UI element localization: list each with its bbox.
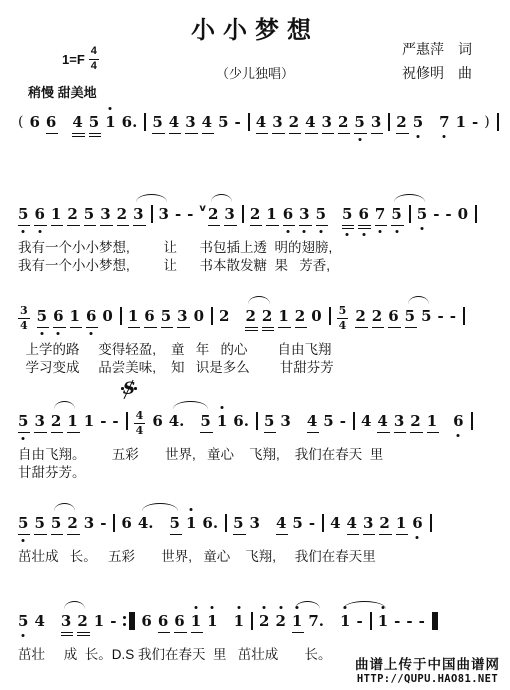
note: 2 [51, 411, 61, 431]
note: 5 [18, 411, 28, 431]
note: 5 [218, 112, 228, 132]
barline [126, 412, 128, 430]
note: 3 [185, 112, 195, 132]
note: 4 [276, 513, 286, 533]
time-denominator: 4 [136, 424, 144, 437]
note: 3 [224, 204, 234, 224]
footer-site-name: 曲谱上传于中国曲谱网 [355, 653, 500, 673]
note: 6 [29, 112, 39, 132]
duration-dash: - [100, 513, 106, 533]
note: 2 [259, 611, 269, 631]
octave-dot-below [22, 539, 25, 542]
note: 1 [456, 112, 466, 132]
slur-arc [142, 503, 178, 511]
note: 4 [34, 611, 44, 631]
repeat-dots [123, 616, 126, 626]
barline [151, 205, 153, 223]
note: 4 [347, 513, 357, 533]
note: 1 [70, 306, 80, 326]
lyrics-line: 上学的路 变得轻盈, 童 年 的心 自由飞翔 [18, 341, 506, 359]
note: 4. [138, 513, 154, 533]
note: 5 [354, 112, 364, 132]
note: 3 [84, 513, 94, 533]
note: 2 [410, 411, 420, 431]
time-numerator: 3 [18, 305, 30, 319]
note: 6 [453, 411, 463, 431]
note: 1 [292, 611, 302, 631]
octave-dot-below [457, 434, 460, 437]
octave-dot-above [263, 606, 266, 609]
notes-row: 55523-64.516.5345-443216 [18, 513, 506, 537]
time-denominator: 4 [20, 319, 28, 332]
note: 2 [295, 306, 305, 326]
note: 5 [84, 204, 94, 224]
note: 7. [308, 611, 324, 631]
note: 1 [427, 411, 437, 431]
octave-dot-below [362, 233, 365, 236]
octave-dot-above [194, 606, 197, 609]
note: 5 [323, 411, 333, 431]
score-line: 3456160165302221205422655-- 上学的路 变得轻盈, 童… [18, 306, 506, 376]
time-signature: 34 [18, 305, 30, 331]
barline [242, 205, 244, 223]
barline [370, 612, 372, 630]
octave-dot-above [279, 606, 282, 609]
note: 5 [233, 513, 243, 533]
final-barline [432, 612, 438, 630]
note: 5 [18, 513, 28, 533]
note: 5 [342, 204, 352, 224]
note: 3 [394, 411, 404, 431]
note: 1 [51, 204, 61, 224]
barline [256, 412, 258, 430]
time-numerator: 5 [337, 305, 349, 319]
parenthesis: ) [484, 112, 489, 132]
note: 1 [234, 611, 244, 631]
octave-dot-below [319, 230, 322, 233]
octave-dot-below [38, 230, 41, 233]
note: 5 [413, 112, 423, 132]
time-numerator: 4 [134, 410, 146, 424]
duration-dash: - [438, 306, 444, 326]
note: 6 [34, 204, 44, 224]
barline [497, 113, 499, 131]
segno-dot [134, 387, 137, 390]
footer-url: HTTP://QUPU.HAO81.NET [355, 673, 500, 685]
segno-dot [121, 387, 124, 390]
duration-dash: - [340, 411, 346, 431]
duration-dash: - [419, 611, 425, 631]
barline [463, 307, 465, 325]
note: 3 [322, 112, 332, 132]
note: 1 [67, 411, 77, 431]
note: 1 [128, 306, 138, 326]
note: 6 [86, 306, 96, 326]
octave-dot-below [22, 230, 25, 233]
octave-dot-below [358, 138, 361, 141]
octave-dot-below [395, 230, 398, 233]
octave-dot-above [221, 406, 224, 409]
note: 5 [89, 112, 99, 132]
octave-dot-below [416, 536, 419, 539]
thick-bar [129, 612, 135, 630]
note: 6 [358, 204, 368, 224]
note: 3 [133, 204, 143, 224]
octave-dot-below [420, 227, 423, 230]
note: 6 [283, 204, 293, 224]
note: 2 [262, 306, 272, 326]
note: 5 [316, 204, 326, 224]
duration-dash: - [356, 611, 362, 631]
score-line: 55523-64.516.5345-443216茁壮成 长。 五彩 世界, 童心… [18, 513, 506, 566]
octave-dot-below [416, 135, 419, 138]
note: 4 [377, 411, 387, 431]
octave-dot-below [443, 135, 446, 138]
barline [353, 412, 355, 430]
note: 2 [275, 611, 285, 631]
sheet-music-page: 小小梦想 1=F 4 4 （少儿独唱） 严惠萍 词 祝修明 曲 稍慢 甜美地 (… [0, 0, 510, 690]
lyrics-line: 学习变成 品尝美味, 知 识是多么 甘甜芬芳 [18, 359, 506, 377]
note: 6 [388, 306, 398, 326]
note: 7 [439, 112, 449, 132]
note: 2 [396, 112, 406, 132]
note: 1 [217, 411, 227, 431]
slur-arc [54, 401, 75, 409]
note: 2 [117, 204, 127, 224]
note: 4 [307, 411, 317, 431]
note: 1 [278, 306, 288, 326]
lyrics-line: 茁壮成 长。 五彩 世界, 童心 飞翔, 我们在春天里 [18, 548, 506, 566]
lyrics-line: 甘甜芬芳。 [18, 464, 506, 482]
note: 2 [67, 204, 77, 224]
octave-dot-above [211, 606, 214, 609]
barline [248, 113, 250, 131]
note: 3 [272, 112, 282, 132]
note: 6 [412, 513, 422, 533]
note: 5 [161, 306, 171, 326]
note: 0 [194, 306, 204, 326]
octave-dot-below [346, 233, 349, 236]
lyrics-line: 我有一个小小梦想, 让 书包插上透 明的翅膀, [18, 239, 506, 257]
octave-dot-above [237, 606, 240, 609]
note: 3 [34, 411, 44, 431]
slur-arc [173, 401, 208, 409]
note: 4. [169, 411, 185, 431]
lyrics-line: 我有一个小小梦想, 让 书本散发糖 果 芳香, [18, 257, 506, 275]
note: 6 [121, 513, 131, 533]
duration-dash: - [406, 611, 412, 631]
note: 3 [61, 611, 71, 631]
note: 5 [152, 112, 162, 132]
note: 5 [200, 411, 210, 431]
note: 0 [102, 306, 112, 326]
note: 6 [174, 611, 184, 631]
slur-arc [248, 296, 270, 304]
octave-dot-below [303, 230, 306, 233]
octave-dot-below [40, 332, 43, 335]
note: 5 [292, 513, 302, 533]
duration-dash: - [235, 112, 241, 132]
repeat-barline [123, 612, 135, 630]
note: 0 [458, 204, 468, 224]
octave-dot-above [109, 107, 112, 110]
note: 3 [363, 513, 373, 533]
barline [475, 205, 477, 223]
note: 1 [94, 611, 104, 631]
note: 4 [330, 513, 340, 533]
slur-arc [136, 194, 167, 202]
note: 5 [18, 204, 28, 224]
octave-dot-below [286, 230, 289, 233]
barline [144, 113, 146, 131]
slur-arc [211, 194, 232, 202]
note: 1 [266, 204, 276, 224]
note: 2 [245, 306, 255, 326]
score: (664516.54345-432432532571-)561253233--v… [0, 0, 510, 690]
note: 2 [219, 306, 229, 326]
slur-arc [408, 296, 429, 304]
barline [322, 514, 324, 532]
duration-dash: - [433, 204, 439, 224]
parenthesis: ( [18, 112, 23, 132]
slur-arc [64, 601, 85, 609]
octave-dot-below [57, 332, 60, 335]
note: 2 [289, 112, 299, 132]
notes-row: 3456160165302221205422655-- [18, 306, 506, 330]
note: 1 [340, 611, 350, 631]
duration-dash: - [472, 112, 478, 132]
barline [251, 612, 253, 630]
note: 1 [84, 411, 94, 431]
note: 5 [18, 611, 28, 631]
repeat-dot [123, 623, 126, 626]
time-signature: 44 [134, 410, 146, 436]
note: 3 [280, 411, 290, 431]
note: 5 [37, 306, 47, 326]
time-signature: 54 [337, 305, 349, 331]
octave-dot-above [190, 508, 193, 511]
note: 3 [299, 204, 309, 224]
note: 3 [371, 112, 381, 132]
note: 6 [158, 611, 168, 631]
note: 1 [191, 611, 201, 631]
note: 5 [417, 204, 427, 224]
barline [120, 307, 122, 325]
slur-arc [343, 601, 386, 609]
score-line: 53211--4464.516.5345-443216自由飞翔。 五彩 世界, … [18, 411, 506, 481]
lyrics-line: 自由飞翔。 五彩 世界, 童心 飞翔, 我们在春天 里 [18, 446, 506, 464]
octave-dot-below [22, 634, 25, 637]
note: 5 [405, 306, 415, 326]
note: 1 [378, 611, 388, 631]
octave-dot-below [379, 230, 382, 233]
note: 6 [46, 112, 56, 132]
octave-dot-below [90, 332, 93, 335]
repeat-dot [123, 616, 126, 619]
note: 6. [202, 513, 218, 533]
note: 5 [421, 306, 431, 326]
note: 6 [144, 306, 154, 326]
slur-arc [394, 194, 425, 202]
note: 1 [186, 513, 196, 533]
note: 3 [250, 513, 260, 533]
note: 2 [379, 513, 389, 533]
note: 5 [391, 204, 401, 224]
note: 3 [100, 204, 110, 224]
barline [430, 514, 432, 532]
barline [113, 514, 115, 532]
note: 2 [338, 112, 348, 132]
note: 5 [51, 513, 61, 533]
notes-row: (664516.54345-432432532571-) [18, 112, 506, 136]
note: 6 [141, 611, 151, 631]
note: 5 [170, 513, 180, 533]
breath-mark: v [199, 199, 206, 219]
note: 3 [177, 306, 187, 326]
time-denominator: 4 [339, 319, 347, 332]
barline [225, 514, 227, 532]
note: 4 [305, 112, 315, 132]
note: 4 [202, 112, 212, 132]
note: 4 [72, 112, 82, 132]
segno-icon: S [121, 379, 137, 400]
note: 6. [122, 112, 138, 132]
note: 0 [311, 306, 321, 326]
note: 2 [372, 306, 382, 326]
duration-dash: - [110, 611, 116, 631]
duration-dash: - [112, 411, 118, 431]
octave-dot-below [22, 437, 25, 440]
note: 7 [375, 204, 385, 224]
note: 4 [169, 112, 179, 132]
duration-dash: - [100, 411, 106, 431]
footer: 曲谱上传于中国曲谱网 HTTP://QUPU.HAO81.NET [355, 653, 500, 685]
barline [471, 412, 473, 430]
slur-arc [295, 601, 321, 609]
note: 4 [361, 411, 371, 431]
duration-dash: - [175, 204, 181, 224]
note: 1 [396, 513, 406, 533]
notes-row: 561253233--v232163556755--0 [18, 204, 506, 228]
duration-dash: - [394, 611, 400, 631]
duration-dash: - [309, 513, 315, 533]
barline [329, 307, 331, 325]
duration-dash: - [450, 306, 456, 326]
notes-row: 54321-6661112217.1-1--- [18, 611, 506, 635]
note: 5 [34, 513, 44, 533]
score-line: 561253233--v232163556755--0我有一个小小梦想, 让 书… [18, 204, 506, 274]
note: 6 [152, 411, 162, 431]
note: 6 [53, 306, 63, 326]
note: 4 [256, 112, 266, 132]
note: 2 [355, 306, 365, 326]
note: 1 [105, 112, 115, 132]
note: 6. [233, 411, 249, 431]
note: 1 [207, 611, 217, 631]
barline [388, 113, 390, 131]
score-line: (664516.54345-432432532571-) [18, 112, 506, 136]
duration-dash: - [187, 204, 193, 224]
barline [211, 307, 213, 325]
barline [409, 205, 411, 223]
note: 5 [264, 411, 274, 431]
note: 2 [77, 611, 87, 631]
note: 3 [159, 204, 169, 224]
duration-dash: - [445, 204, 451, 224]
note: 2 [67, 513, 77, 533]
note: 2 [250, 204, 260, 224]
notes-row: 53211--4464.516.5345-443216 [18, 411, 506, 435]
slur-arc [54, 503, 75, 511]
note: 2 [208, 204, 218, 224]
